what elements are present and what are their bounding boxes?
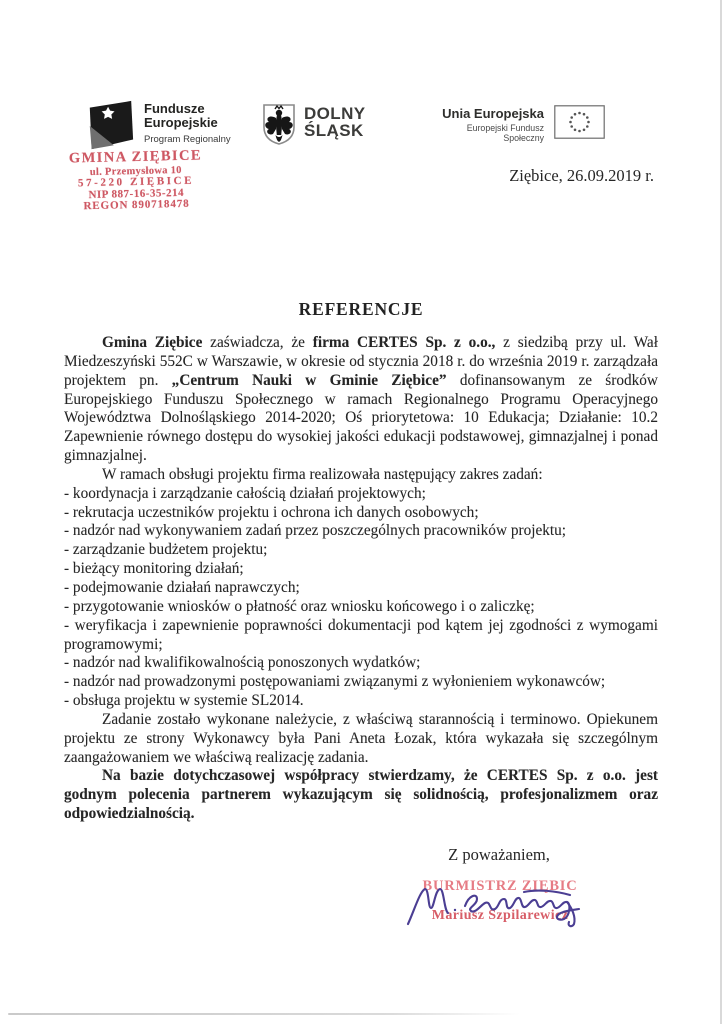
letter-body: Gmina Ziębice zaświadcza, że firma CERTE…: [64, 334, 658, 824]
run: zaświadcza, że: [202, 334, 312, 351]
run-bold: firma CERTES Sp. z o.o.,: [313, 334, 496, 351]
unia-europejska-logo: Unia Europejska Europejski Fundusz Społe…: [428, 103, 605, 143]
scan-edge-artifact-bottom: [8, 1013, 520, 1015]
run-bold: Gmina Ziębice: [102, 334, 202, 351]
fundusze-flag-icon: [84, 99, 136, 151]
task-item: - przygotowanie wniosków o płatność oraz…: [64, 598, 658, 617]
fundusze-logo-subtitle: Program Regionalny: [144, 134, 231, 145]
task-item: - zarządzanie budżetem projektu;: [64, 541, 658, 560]
handwritten-signature: [404, 881, 599, 931]
paragraph-recommendation: Na bazie dotychczasowej współpracy stwie…: [64, 767, 658, 824]
paragraph-tasks-intro: W ramach obsługi projektu firma realizow…: [64, 466, 658, 485]
unia-logo-title: Unia Europejska: [428, 107, 544, 121]
task-item: - nadzór nad kwalifikowalnością ponoszon…: [64, 654, 658, 673]
dolny-slask-logo: DOLNY ŚLĄSK: [262, 103, 366, 146]
eu-flag-icon: [554, 105, 605, 139]
scanned-reference-letter: Fundusze Europejskie Program Regionalny …: [0, 0, 724, 1024]
eagle-crest-icon: [262, 103, 296, 146]
task-item: - nadzór nad wykonywaniem zadań przez po…: [64, 522, 658, 541]
fundusze-logo-line2: Europejskie: [144, 116, 231, 130]
task-item: - koordynacja i zarządzanie całością dzi…: [64, 485, 658, 504]
paragraph-evaluation: Zadanie zostało wykonane należycie, z wł…: [64, 711, 658, 768]
task-item: - weryfikacja i zapewnienie poprawności …: [64, 617, 658, 655]
fundusze-europejskie-logo: Fundusze Europejskie Program Regionalny: [84, 99, 231, 151]
task-item: - nadzór nad prowadzonymi postępowaniami…: [64, 673, 658, 692]
run-bold: „Centrum Nauki w Gminie Ziębice”: [172, 372, 447, 389]
paragraph-introduction: Gmina Ziębice zaświadcza, że firma CERTE…: [64, 334, 658, 466]
dateline: Ziębice, 26.09.2019 r.: [509, 166, 654, 186]
unia-logo-subtitle: Europejski Fundusz Społeczny: [428, 123, 544, 143]
scan-edge-artifact-right: [720, 0, 722, 1024]
task-item: - bieżący monitoring działań;: [64, 560, 658, 579]
office-ink-stamp: GMINA ZIĘBICE ul. Przemysłowa 10 57-220 …: [51, 148, 220, 213]
valediction: Z poważaniem,: [414, 845, 584, 865]
task-item: - obsługa projektu w systemie SL2014.: [64, 692, 658, 711]
stamp-regon: REGON 890718478: [52, 198, 220, 213]
task-item: - podejmowanie działań naprawczych;: [64, 579, 658, 598]
fundusze-logo-line1: Fundusze: [144, 102, 231, 116]
task-item: - rekrutacja uczestników projektu i ochr…: [64, 504, 658, 523]
document-title: REFERENCJE: [64, 299, 658, 320]
dolny-slask-line2: ŚLĄSK: [304, 123, 366, 140]
